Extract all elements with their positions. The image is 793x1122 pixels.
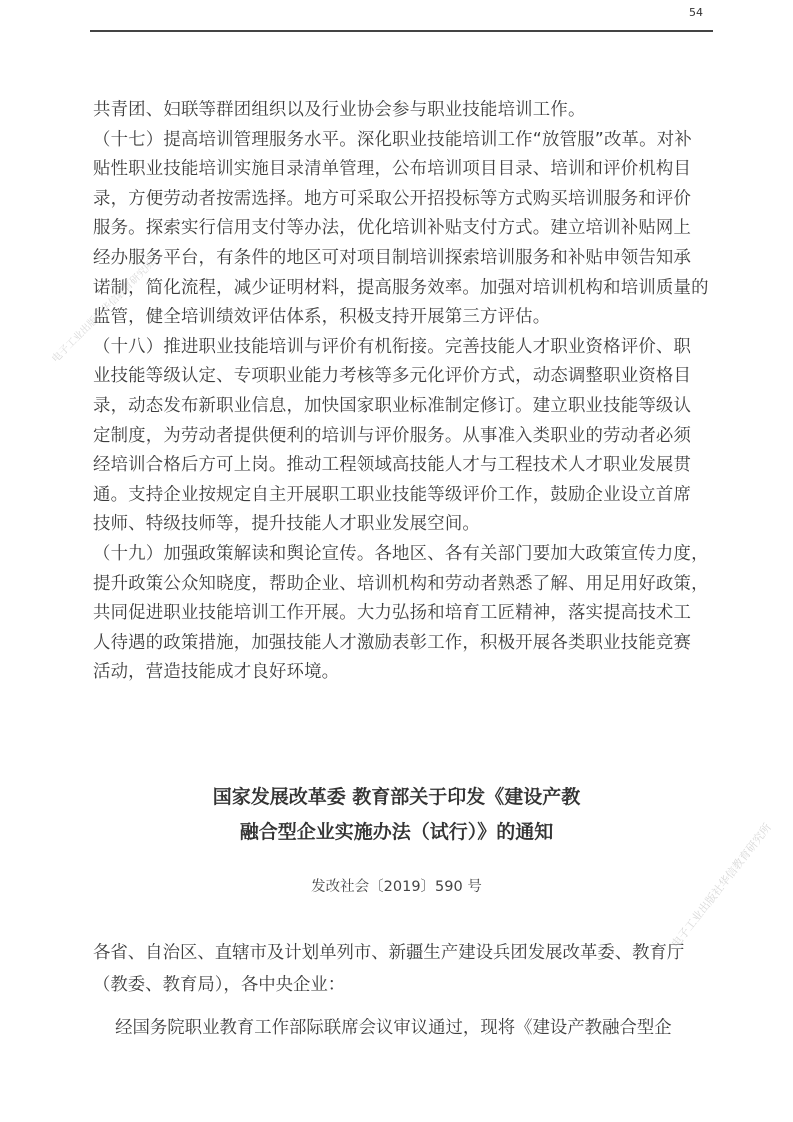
notice-body: 经国务院职业教育工作部际联席会议审议通过，现将《建设产教融合型企	[93, 1013, 713, 1043]
text-line: 共同促进职业技能培训工作开展。大力弘扬和培育工匠精神，落实提高技术工	[93, 599, 713, 629]
text-line: 技师、特级技师等，提升技能人才职业发展空间。	[93, 510, 713, 540]
text-line: 共青团、妇联等群团组织以及行业协会参与职业技能培训工作。	[93, 96, 713, 126]
paragraph-section-19: （十九）加强政策解读和舆论宣传。各地区、各有关部门要加大政策宣传力度， 提升政策…	[93, 540, 713, 688]
text-line: 活动，营造技能成才良好环境。	[93, 658, 713, 688]
paragraph-section-17: （十七）提高培训管理服务水平。深化职业技能培训工作“放管服”改革。对补 贴性职业…	[93, 126, 713, 333]
text-line: 通。支持企业按规定自主开展职工职业技能等级评价工作，鼓励企业设立首席	[93, 481, 713, 511]
addressees: 各省、自治区、直辖市及计划单列市、新疆生产建设兵团发展改革委、教育厅 （教委、教…	[93, 937, 713, 1001]
text-line: 经国务院职业教育工作部际联席会议审议通过，现将《建设产教融合型企	[93, 1013, 713, 1043]
text-line: 录，方便劳动者按需选择。地方可采取公开招投标等方式购买培训服务和评价	[93, 185, 713, 215]
text-line: 经办服务平台，有条件的地区可对项目制培训探索培训服务和补贴申领告知承	[93, 244, 713, 274]
paragraph-section-18: （十八）推进职业技能培训与评价有机衔接。完善技能人才职业资格评价、职 业技能等级…	[93, 333, 713, 540]
text-line: 录，动态发布新职业信息，加快国家职业标准制定修订。建立职业技能等级认	[93, 392, 713, 422]
text-line: 诺制，简化流程，减少证明材料，提高服务效率。加强对培训机构和培训质量的	[93, 274, 713, 304]
text-line: 服务。探索实行信用支付等办法，优化培训补贴支付方式。建立培训补贴网上	[93, 214, 713, 244]
notice-title-line-1: 国家发展改革委 教育部关于印发《建设产教	[0, 780, 793, 815]
text-line: （十七）提高培训管理服务水平。深化职业技能培训工作“放管服”改革。对补	[93, 126, 713, 156]
text-line: 提升政策公众知晓度，帮助企业、培训机构和劳动者熟悉了解、用足用好政策，	[93, 570, 713, 600]
body-text: 共青团、妇联等群团组织以及行业协会参与职业技能培训工作。 （十七）提高培训管理服…	[93, 96, 713, 688]
text-line: （十九）加强政策解读和舆论宣传。各地区、各有关部门要加大政策宣传力度，	[93, 540, 713, 570]
text-line: 人待遇的政策措施，加强技能人才激励表彰工作，积极开展各类职业技能竞赛	[93, 629, 713, 659]
document-number: 发改社会〔2019〕590 号	[0, 875, 793, 896]
header-rule	[90, 30, 713, 32]
addressees-line: 各省、自治区、直辖市及计划单列市、新疆生产建设兵团发展改革委、教育厅	[93, 937, 713, 969]
addressees-line: （教委、教育局），各中央企业：	[93, 969, 713, 1001]
notice-title-block: 国家发展改革委 教育部关于印发《建设产教 融合型企业实施办法（试行）》的通知	[0, 780, 793, 850]
page-number: 54	[689, 6, 703, 19]
paragraph-continuation: 共青团、妇联等群团组织以及行业协会参与职业技能培训工作。	[93, 96, 713, 126]
text-line: （十八）推进职业技能培训与评价有机衔接。完善技能人才职业资格评价、职	[93, 333, 713, 363]
text-line: 业技能等级认定、专项职业能力考核等多元化评价方式，动态调整职业资格目	[93, 362, 713, 392]
text-line: 监管，健全培训绩效评估体系，积极支持开展第三方评估。	[93, 303, 713, 333]
text-line: 贴性职业技能培训实施目录清单管理，公布培训项目目录、培训和评价机构目	[93, 155, 713, 185]
text-line: 定制度，为劳动者提供便利的培训与评价服务。从事准入类职业的劳动者必须	[93, 422, 713, 452]
text-line: 经培训合格后方可上岗。推动工程领域高技能人才与工程技术人才职业发展贯	[93, 451, 713, 481]
notice-title-line-2: 融合型企业实施办法（试行）》的通知	[0, 815, 793, 850]
